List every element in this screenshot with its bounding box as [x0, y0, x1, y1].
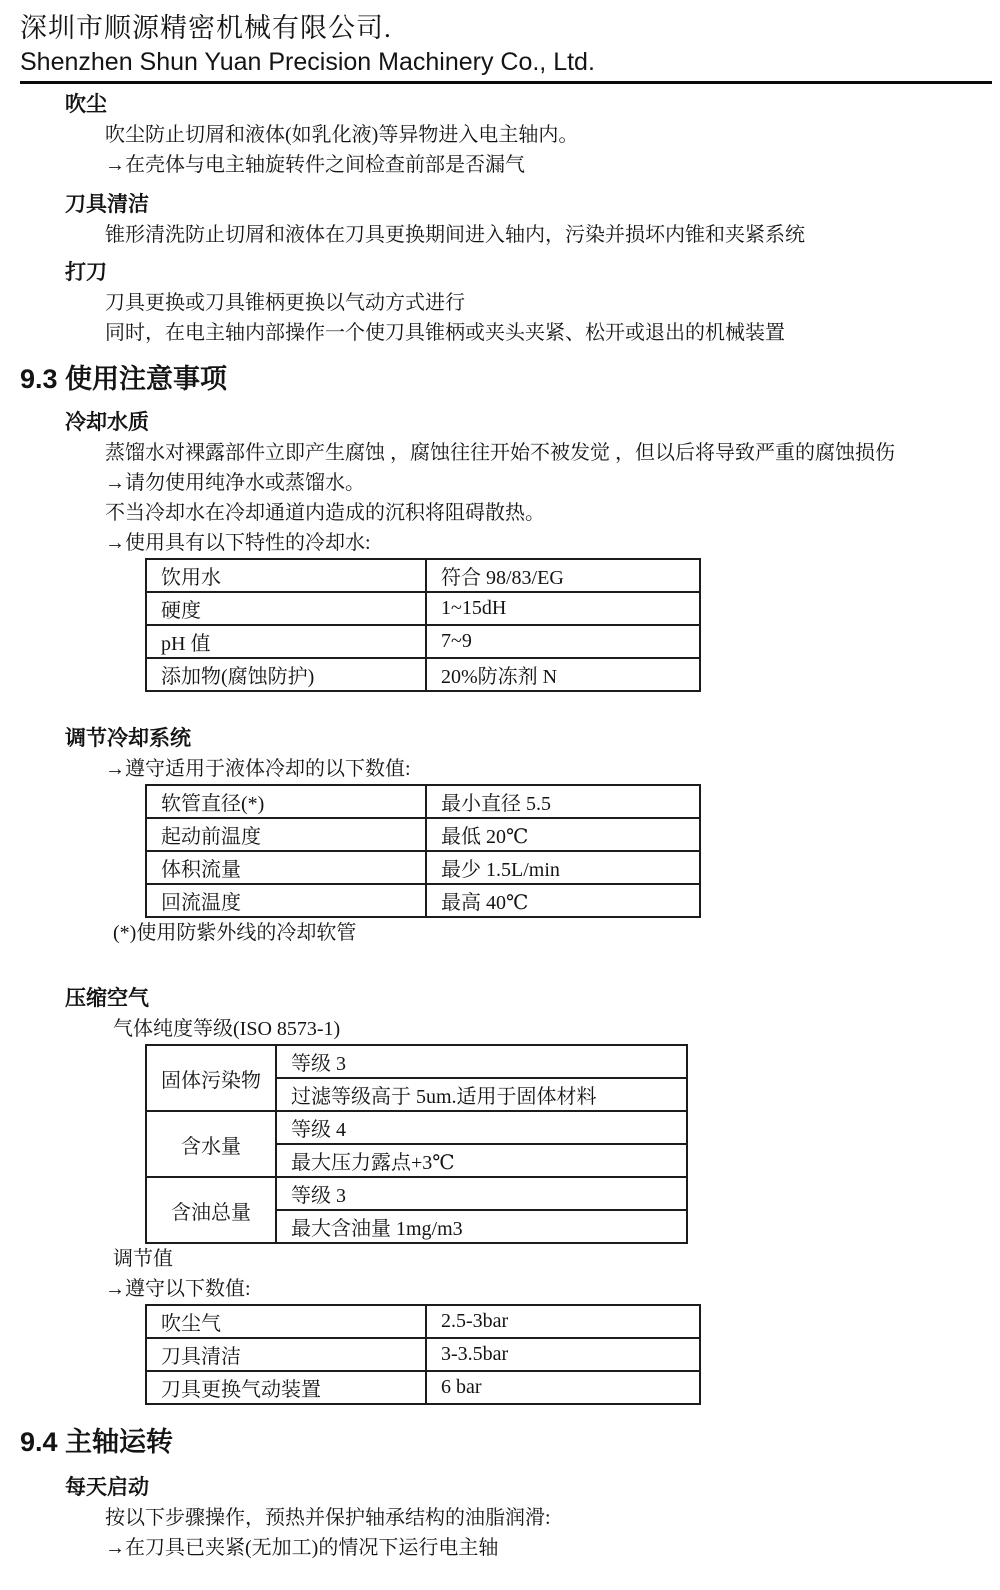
table-row: 含水量 等级 4 [146, 1111, 687, 1144]
heading-coolant-quality: 冷却水质 [65, 408, 1000, 438]
table-cell-label: 软管直径(*) [146, 785, 426, 818]
heading-blow-dust: 吹尘 [65, 90, 1000, 120]
heading-tool-cleaning: 刀具清洁 [65, 190, 1000, 220]
table-row: 添加物(腐蚀防护) 20%防冻剂 N [146, 658, 700, 691]
table-cell-value: 最大压力露点+3℃ [276, 1144, 687, 1177]
table-row: 含油总量 等级 3 [146, 1177, 687, 1210]
paragraph: 吹尘防止切屑和液体(如乳化液)等异物进入电主轴内。 [105, 120, 1000, 150]
table-cell-label: 含油总量 [146, 1177, 276, 1243]
table-row: 回流温度 最高 40℃ [146, 884, 700, 917]
heading-tool-release: 打刀 [65, 258, 1000, 288]
table-row: 吹尘气 2.5-3bar [146, 1305, 700, 1338]
paragraph-arrow: →请勿使用纯净水或蒸馏水。 [105, 468, 1000, 498]
cooling-system-table: 软管直径(*) 最小直径 5.5 起动前温度 最低 20℃ 体积流量 最少 1.… [145, 784, 701, 918]
table-cell-value: 7~9 [426, 625, 700, 658]
header-divider [20, 81, 992, 84]
paragraph: 同时，在电主轴内部操作一个使刀具锥柄或夹头夹紧、松开或退出的机械装置 [105, 318, 1000, 348]
table-cell-value: 6 bar [426, 1371, 700, 1404]
heading-compressed-air: 压缩空气 [65, 984, 1000, 1014]
table-cell-label: 硬度 [146, 592, 426, 625]
heading-cooling-system: 调节冷却系统 [65, 724, 1000, 754]
table-cell-value: 1~15dH [426, 592, 700, 625]
table-cell-value: 最少 1.5L/min [426, 851, 700, 884]
table-cell-value: 符合 98/83/EG [426, 559, 700, 592]
table-cell-label: 刀具更换气动装置 [146, 1371, 426, 1404]
table-row: 饮用水 符合 98/83/EG [146, 559, 700, 592]
section-title-9-3: 9.3 使用注意事项 [20, 360, 1000, 398]
table-cell-label: 含水量 [146, 1111, 276, 1177]
paragraph: 蒸馏水对裸露部件立即产生腐蚀 ，腐蚀往往开始不被发觉 ，但以后将导致严重的腐蚀损… [105, 438, 1000, 468]
table-cell-label: 固体污染物 [146, 1045, 276, 1111]
paragraph-arrow: →遵守适用于液体冷却的以下数值: [105, 754, 1000, 784]
table-cell-value: 2.5-3bar [426, 1305, 700, 1338]
paragraph-arrow: →使用具有以下特性的冷却水: [105, 528, 1000, 558]
table-cell-value: 最低 20℃ [426, 818, 700, 851]
table-cell-label: pH 值 [146, 625, 426, 658]
page-header: 深圳市顺源精密机械有限公司. Shenzhen Shun Yuan Precis… [0, 0, 1000, 78]
table-cell-value: 最小直径 5.5 [426, 785, 700, 818]
table-cell-value: 最大含油量 1mg/m3 [276, 1210, 687, 1243]
table-row: 起动前温度 最低 20℃ [146, 818, 700, 851]
company-name-cn: 深圳市顺源精密机械有限公司. [20, 10, 1000, 46]
paragraph: 刀具更换或刀具锥柄更换以气动方式进行 [105, 288, 1000, 318]
table-cell-label: 添加物(腐蚀防护) [146, 658, 426, 691]
paragraph: 锥形清洗防止切屑和液体在刀具更换期间进入轴内，污染并损坏内锥和夹紧系统 [105, 220, 1000, 250]
table-row: 固体污染物 等级 3 [146, 1045, 687, 1078]
paragraph: 不当冷却水在冷却通道内造成的沉积将阻碍散热。 [105, 498, 1000, 528]
table-footnote: (*)使用防紫外线的冷却软管 [113, 918, 1000, 948]
table-row: 体积流量 最少 1.5L/min [146, 851, 700, 884]
company-name-en: Shenzhen Shun Yuan Precision Machinery C… [20, 46, 1000, 78]
paragraph: 气体纯度等级(ISO 8573-1) [113, 1014, 1000, 1044]
table-cell-value: 最高 40℃ [426, 884, 700, 917]
air-purity-table: 固体污染物 等级 3 过滤等级高于 5um.适用于固体材料 含水量 等级 4 最… [145, 1044, 688, 1244]
air-settings-table: 吹尘气 2.5-3bar 刀具清洁 3-3.5bar 刀具更换气动装置 6 ba… [145, 1304, 701, 1405]
paragraph-arrow: →在刀具已夹紧(无加工)的情况下运行电主轴 [105, 1533, 1000, 1563]
table-cell-value: 3-3.5bar [426, 1338, 700, 1371]
table-cell-value: 过滤等级高于 5um.适用于固体材料 [276, 1078, 687, 1111]
table-cell-value: 等级 3 [276, 1177, 687, 1210]
table-row: 硬度 1~15dH [146, 592, 700, 625]
section-title-9-4: 9.4 主轴运转 [20, 1423, 1000, 1461]
table-cell-label: 吹尘气 [146, 1305, 426, 1338]
coolant-water-table: 饮用水 符合 98/83/EG 硬度 1~15dH pH 值 7~9 添加物(腐… [145, 558, 701, 692]
document-page: 深圳市顺源精密机械有限公司. Shenzhen Shun Yuan Precis… [0, 0, 1000, 1590]
table-cell-label: 刀具清洁 [146, 1338, 426, 1371]
table-cell-value: 20%防冻剂 N [426, 658, 700, 691]
table-cell-value: 等级 3 [276, 1045, 687, 1078]
table-cell-label: 饮用水 [146, 559, 426, 592]
table-row: 刀具更换气动装置 6 bar [146, 1371, 700, 1404]
heading-daily-start: 每天启动 [65, 1473, 1000, 1503]
paragraph: 按以下步骤操作，预热并保护轴承结构的油脂润滑: [105, 1503, 1000, 1533]
paragraph-arrow: →在壳体与电主轴旋转件之间检查前部是否漏气 [105, 150, 1000, 180]
table-cell-label: 起动前温度 [146, 818, 426, 851]
table-cell-value: 等级 4 [276, 1111, 687, 1144]
sub-label-settings: 调节值 [113, 1244, 1000, 1274]
table-row: 软管直径(*) 最小直径 5.5 [146, 785, 700, 818]
paragraph-arrow: →遵守以下数值: [105, 1274, 1000, 1304]
table-cell-label: 回流温度 [146, 884, 426, 917]
table-row: pH 值 7~9 [146, 625, 700, 658]
table-cell-label: 体积流量 [146, 851, 426, 884]
table-row: 刀具清洁 3-3.5bar [146, 1338, 700, 1371]
